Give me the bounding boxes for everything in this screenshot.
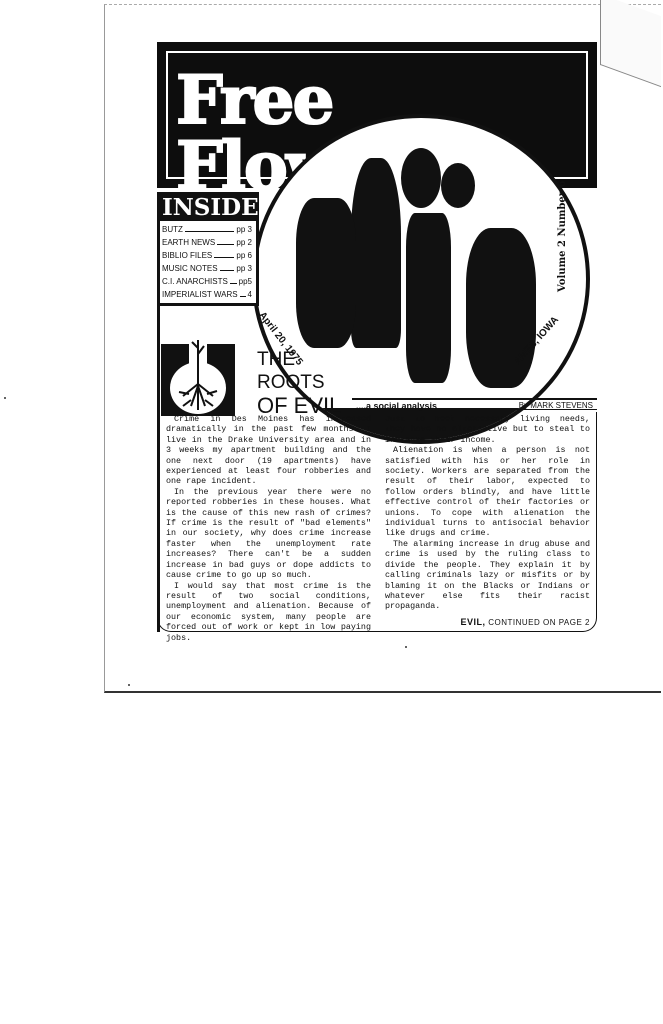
inside-item: BUTZpp 3 bbox=[162, 223, 256, 236]
article-subhead: ....a social analysis bbox=[356, 400, 437, 409]
inside-contents-box: INSIDE BUTZpp 3 EARTH NEWSpp 2 BIBLIO FI… bbox=[157, 192, 259, 306]
continued-notice: EVIL, CONTINUED ON PAGE 2 bbox=[460, 617, 590, 627]
subhead-bar: ....a social analysis By MARK STEVENS bbox=[352, 398, 597, 410]
inside-item: BIBLIO FILESpp 6 bbox=[162, 249, 256, 262]
article-column-1: Crime in Des Moines has increased dramat… bbox=[158, 412, 377, 631]
inside-heading: INSIDE bbox=[160, 195, 256, 221]
article-headline: THE ROOTS OF EVIL bbox=[257, 348, 341, 417]
tree-roots-icon bbox=[161, 344, 235, 416]
article-column-2: Just to meet necessary living needs, the… bbox=[377, 412, 596, 631]
volume-number: Volume 2 Number 6 bbox=[557, 181, 568, 293]
inside-item: IMPERIALIST WARS4 bbox=[162, 288, 256, 301]
inside-item: C.I. ANARCHISTSpp5 bbox=[162, 275, 256, 288]
inside-list: BUTZpp 3 EARTH NEWSpp 2 BIBLIO FILESpp 6… bbox=[162, 223, 256, 301]
inside-item: EARTH NEWSpp 2 bbox=[162, 236, 256, 249]
article-body: Crime in Des Moines has increased dramat… bbox=[157, 412, 597, 632]
byline: By MARK STEVENS bbox=[519, 400, 593, 409]
folded-corner bbox=[600, 0, 661, 87]
inside-item: MUSIC NOTESpp 3 bbox=[162, 262, 256, 275]
